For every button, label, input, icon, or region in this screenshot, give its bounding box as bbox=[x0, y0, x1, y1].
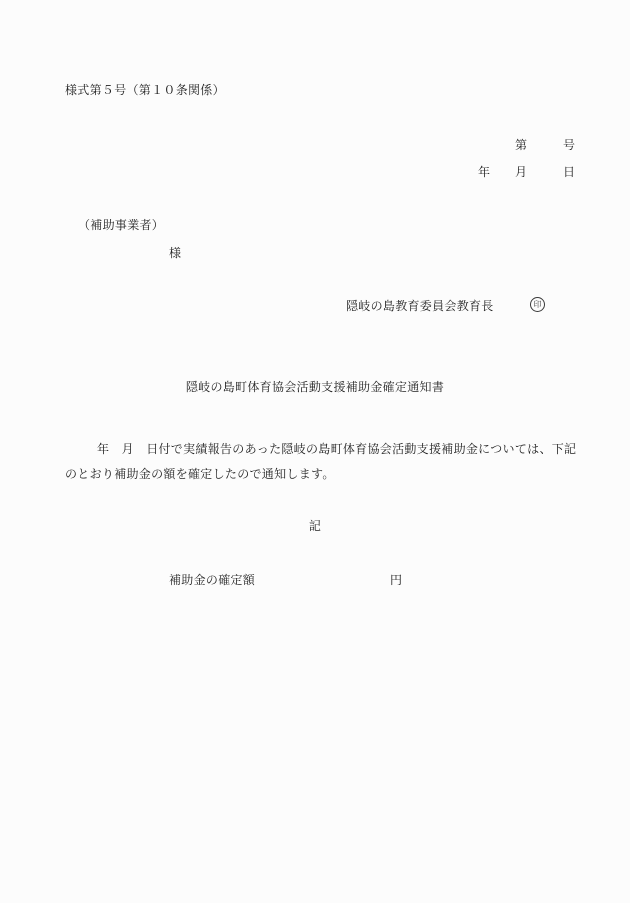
body-text-line-2: のとおり補助金の額を確定したので通知します。 bbox=[65, 467, 335, 482]
sender-name: 隠岐の島教育委員会教育長 bbox=[346, 299, 494, 314]
date-day-label: 日 bbox=[563, 165, 575, 180]
seal-icon: 印 bbox=[530, 297, 545, 312]
recipient-label: （補助事業者） bbox=[78, 218, 164, 233]
doc-number-suffix: 号 bbox=[563, 138, 575, 153]
doc-number-prefix: 第 bbox=[515, 138, 527, 153]
amount-unit: 円 bbox=[390, 573, 402, 588]
recipient-honorific: 様 bbox=[169, 246, 181, 261]
body-text-line-1: 年 月 日付で実績報告のあった隠岐の島町体育協会活動支援補助金については、下記 bbox=[65, 442, 576, 457]
date-year-label: 年 bbox=[478, 165, 490, 180]
amount-label: 補助金の確定額 bbox=[169, 573, 255, 588]
date-month-label: 月 bbox=[515, 165, 527, 180]
record-marker: 記 bbox=[0, 519, 630, 534]
form-number: 様式第５号（第１０条関係） bbox=[65, 83, 225, 98]
document-title: 隠岐の島町体育協会活動支援補助金確定通知書 bbox=[0, 380, 630, 395]
document-page: 様式第５号（第１０条関係） 第 号 年 月 日 （補助事業者） 様 隠岐の島教育… bbox=[0, 0, 630, 903]
